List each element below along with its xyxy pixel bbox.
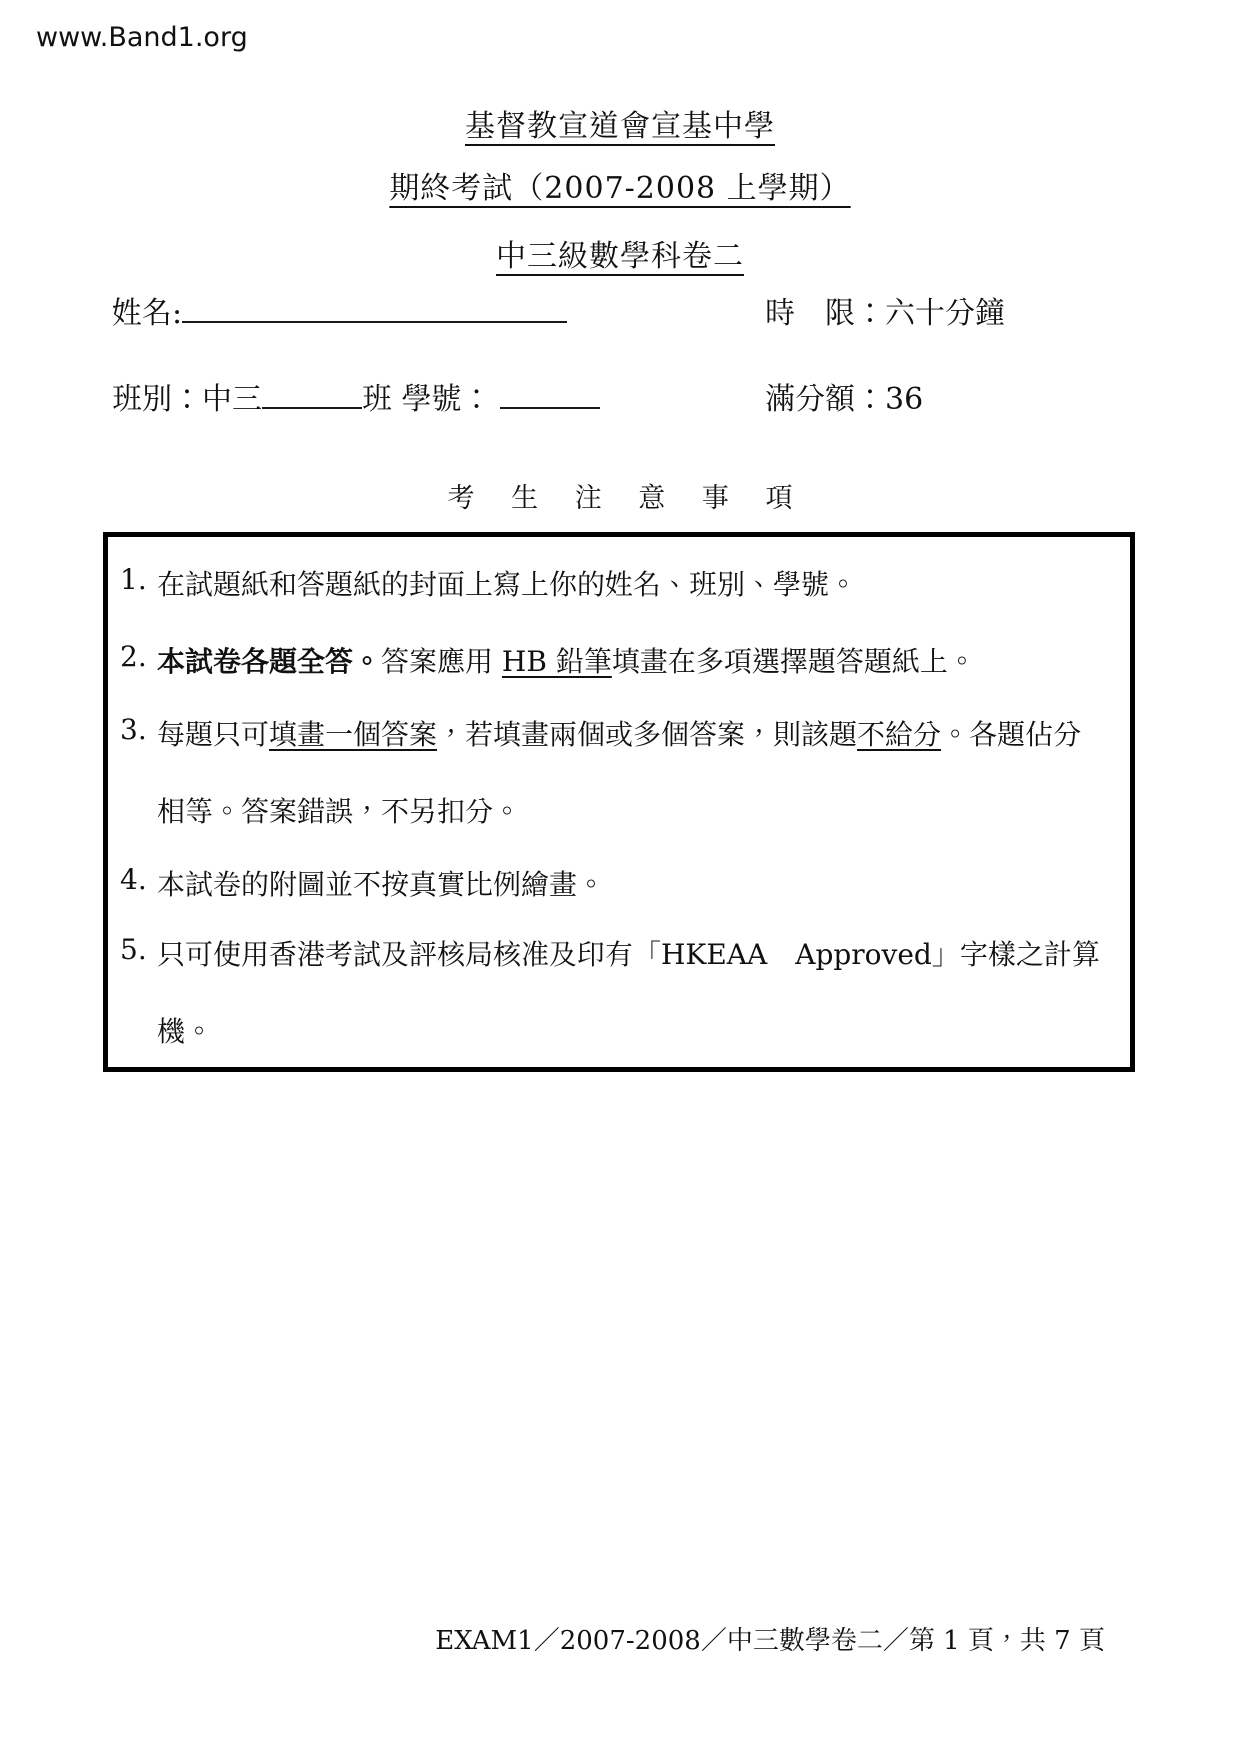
item-number: 1. <box>120 563 147 596</box>
text-segment: 填畫在多項選擇題答題紙上。 <box>612 645 976 678</box>
item-text: 本試卷的附圖並不按真實比例繪畫。 <box>157 863 605 903</box>
bold-segment: 本試卷各題全答。 <box>157 645 381 678</box>
paper-title-text: 中三級數學科卷二 <box>496 239 744 274</box>
class-label: 班別：中三 <box>112 382 262 417</box>
item-text: 機。 <box>157 1010 213 1050</box>
underlined-segment: HB 鉛筆 <box>502 645 612 678</box>
notice-heading: 考 生 注 意 事 項 <box>0 476 1240 515</box>
student-number-label: 班 學號： <box>362 382 492 417</box>
student-number-blank-line <box>500 376 600 410</box>
name-row: 姓名: <box>112 288 567 332</box>
underlined-segment: 不給分 <box>857 718 941 751</box>
item-number: 4. <box>120 863 147 896</box>
text-segment: 。各題佔分 <box>941 718 1081 751</box>
exam-cover-page: www.Band1.org 基督教宣道會宣基中學 期終考試（2007-2008 … <box>0 0 1240 1754</box>
item-text: 在試題紙和答題紙的封面上寫上你的姓名、班別、學號。 <box>157 563 857 603</box>
text-segment: 每題只可 <box>157 718 269 751</box>
full-marks-label: 滿分額：36 <box>765 374 923 418</box>
paper-title: 中三級數學科卷二 <box>0 231 1240 275</box>
exam-session-text: 期終考試（2007-2008 上學期） <box>389 171 850 206</box>
text-segment: 答案應用 <box>381 645 502 678</box>
item-text: 本試卷各題全答。答案應用 HB 鉛筆填畫在多項選擇題答題紙上。 <box>157 640 976 680</box>
item-text: 相等。答案錯誤，不另扣分。 <box>157 790 521 830</box>
name-blank-line <box>182 290 567 324</box>
name-label: 姓名: <box>112 296 182 331</box>
item-text: 每題只可填畫一個答案，若填畫兩個或多個答案，則該題不給分。各題佔分 <box>157 713 1081 753</box>
class-row: 班別：中三班 學號： <box>112 374 600 418</box>
footer-page-info: EXAM1／2007-2008／中三數學卷二／第 1 頁，共 7 頁 <box>435 1620 1105 1657</box>
item-number: 3. <box>120 713 147 746</box>
item-number: 2. <box>120 640 147 673</box>
item-number: 5. <box>120 933 147 966</box>
notice-box: 1. 在試題紙和答題紙的封面上寫上你的姓名、班別、學號。 2. 本試卷各題全答。… <box>103 532 1135 1072</box>
site-watermark: www.Band1.org <box>36 22 248 53</box>
exam-session-title: 期終考試（2007-2008 上學期） <box>0 163 1240 207</box>
text-segment: ，若填畫兩個或多個答案，則該題 <box>437 718 857 751</box>
class-blank-line <box>262 376 362 410</box>
underlined-segment: 填畫一個答案 <box>269 718 437 751</box>
school-name-text: 基督教宣道會宣基中學 <box>465 109 775 144</box>
school-name-title: 基督教宣道會宣基中學 <box>0 101 1240 145</box>
item-text: 只可使用香港考試及評核局核准及印有「HKEAA Approved」字樣之計算 <box>157 933 1100 973</box>
time-limit-label: 時 限：六十分鐘 <box>765 288 1005 332</box>
